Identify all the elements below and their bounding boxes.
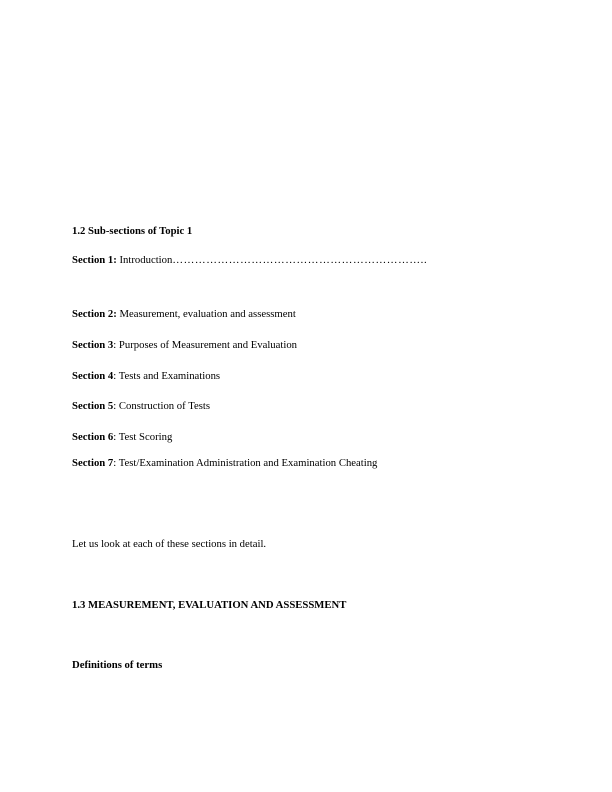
section-5-entry: Section 5: Construction of Tests [72, 400, 210, 413]
section-title: Test Scoring [116, 431, 172, 443]
section-title: Construction of Tests [116, 400, 210, 412]
section-title: Tests and Examinations [116, 370, 220, 382]
section-title: Test/Examination Administration and Exam… [116, 457, 377, 469]
section-4-entry: Section 4: Tests and Examinations [72, 370, 220, 383]
section-label: Section 6 [72, 431, 113, 443]
section-title: Measurement, evaluation and assessment [117, 308, 296, 320]
section-1-entry: Section 1: Introduction……………………………………………… [72, 254, 427, 267]
section-title: Purposes of Measurement and Evaluation [116, 339, 297, 351]
section-label: Section 5 [72, 400, 113, 412]
section-label: Section 3 [72, 339, 113, 351]
section-title: Introduction [117, 254, 173, 266]
section-label: Section 2: [72, 308, 117, 320]
document-page: 1.2 Sub-sections of Topic 1 Section 1: I… [0, 0, 612, 792]
section-3-entry: Section 3: Purposes of Measurement and E… [72, 339, 297, 352]
subsections-heading: 1.2 Sub-sections of Topic 1 [72, 225, 192, 238]
section-2-entry: Section 2: Measurement, evaluation and a… [72, 308, 296, 321]
section-6-entry: Section 6: Test Scoring [72, 431, 172, 444]
section-7-entry: Section 7: Test/Examination Administrati… [72, 457, 377, 470]
section-label: Section 7 [72, 457, 113, 469]
section-heading: 1.3 MEASUREMENT, EVALUATION AND ASSESSME… [72, 599, 346, 612]
intro-sentence: Let us look at each of these sections in… [72, 538, 266, 551]
section-label: Section 4 [72, 370, 113, 382]
section-label: Section 1: [72, 254, 117, 266]
dot-leader: ………………………………………………………….. [172, 254, 427, 267]
definitions-heading: Definitions of terms [72, 659, 162, 672]
